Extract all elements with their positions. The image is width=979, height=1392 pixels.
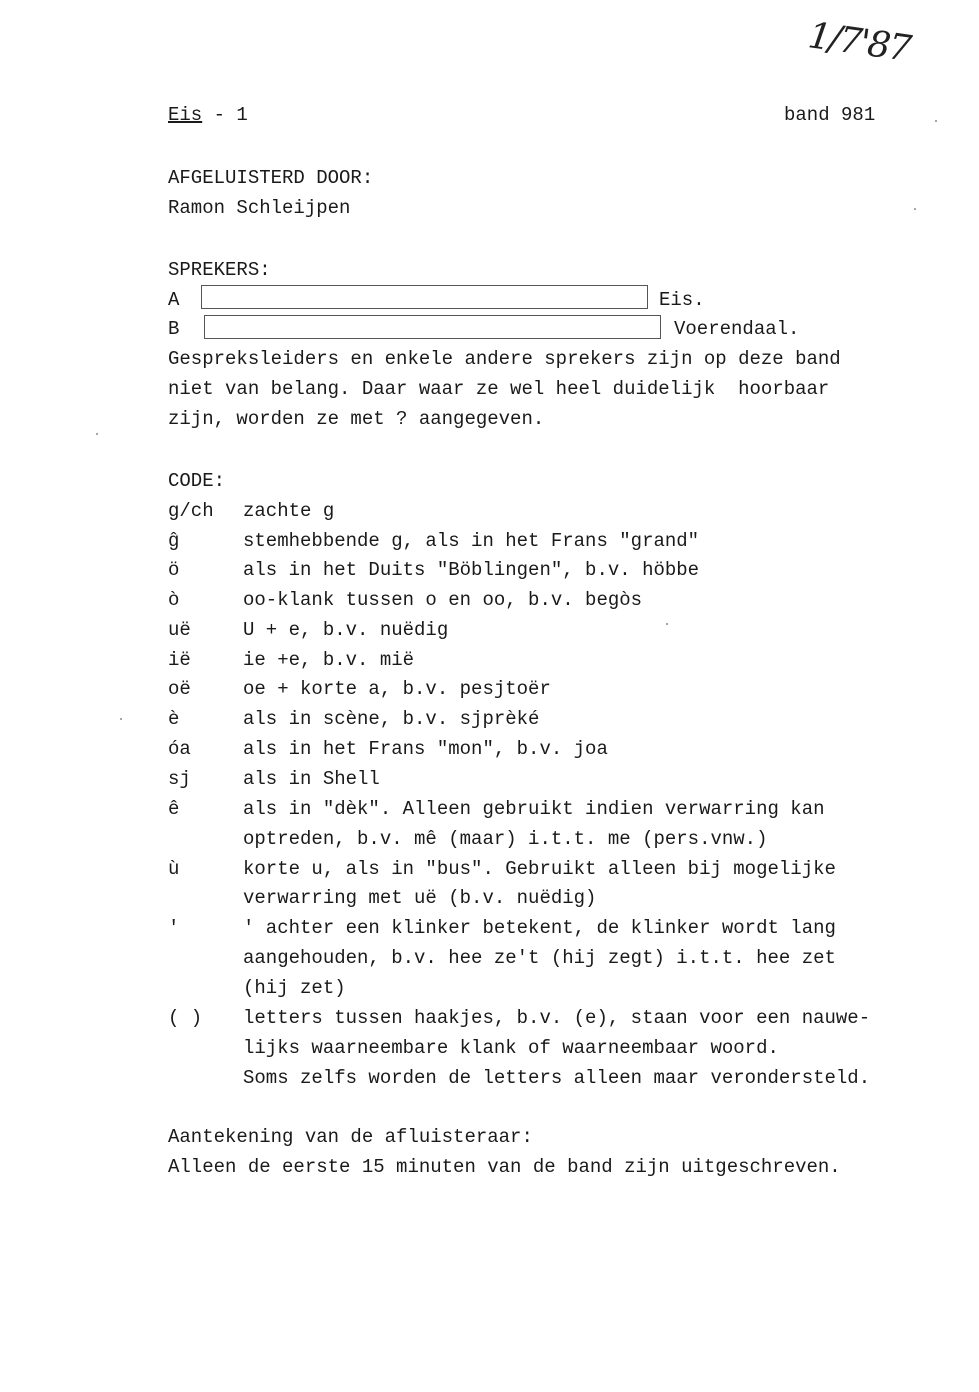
speakers-note-line: niet van belang. Daar waar ze wel heel d…	[168, 378, 829, 400]
speaker-b-place: Voerendaal.	[674, 318, 799, 340]
code-description: oo-klank tussen o en oo, b.v. begòs	[243, 589, 642, 611]
code-description: als in het Duits "Böblingen", b.v. höbbe	[243, 559, 699, 581]
code-description: aangehouden, b.v. hee ze't (hij zegt) i.…	[243, 947, 836, 969]
code-key: '	[168, 917, 179, 939]
annotation-text: Alleen de eerste 15 minuten van de band …	[168, 1156, 841, 1178]
code-description: zachte g	[243, 500, 334, 522]
code-description: ' achter een klinker betekent, de klinke…	[243, 917, 836, 939]
code-description: letters tussen haakjes, b.v. (e), staan …	[243, 1007, 870, 1029]
speakers-note-line: zijn, worden ze met ? aangegeven.	[168, 408, 544, 430]
code-label: CODE:	[168, 470, 225, 492]
code-description: Soms zelfs worden de letters alleen maar…	[243, 1067, 870, 1089]
code-description: als in scène, b.v. sjprèké	[243, 708, 539, 730]
speakers-label: SPREKERS:	[168, 259, 271, 281]
band-number: band 981	[784, 104, 875, 126]
code-description: optreden, b.v. mê (maar) i.t.t. me (pers…	[243, 828, 768, 850]
code-key: g/ch	[168, 500, 214, 522]
speaker-b-key: B	[168, 318, 179, 340]
code-description: als in Shell	[243, 768, 380, 790]
code-description: (hij zet)	[243, 977, 346, 999]
listener-label: AFGELUISTERD DOOR:	[168, 167, 373, 189]
code-description: U + e, b.v. nuëdig	[243, 619, 448, 641]
speaker-b-redaction-box	[204, 315, 661, 339]
code-key: uë	[168, 619, 191, 641]
code-description: lijks waarneembare klank of waarneembaar…	[243, 1037, 779, 1059]
document-id-suffix: - 1	[202, 104, 248, 126]
speaker-a-place: Eis.	[659, 289, 705, 311]
handwritten-date-note: 1/7'87	[806, 15, 912, 70]
speaker-a-redaction-box	[201, 285, 648, 309]
code-key: ê	[168, 798, 179, 820]
code-key: ië	[168, 649, 191, 671]
speakers-note-line: Gespreksleiders en enkele andere spreker…	[168, 348, 841, 370]
scan-speck	[96, 433, 98, 435]
listener-name: Ramon Schleijpen	[168, 197, 350, 219]
annotation-label: Aantekening van de afluisteraar:	[168, 1126, 533, 1148]
document-id-prefix: Eis	[168, 104, 202, 126]
document-id: Eis - 1	[168, 104, 248, 126]
code-description: oe + korte a, b.v. pesjtoër	[243, 678, 551, 700]
code-description: korte u, als in "bus". Gebruikt alleen b…	[243, 858, 836, 880]
code-key: ò	[168, 589, 179, 611]
code-description: verwarring met uë (b.v. nuëdig)	[243, 887, 596, 909]
code-key: ĝ	[168, 530, 179, 552]
scan-speck	[935, 120, 937, 122]
code-key: óa	[168, 738, 191, 760]
code-key: ( )	[168, 1007, 202, 1029]
code-key: sj	[168, 768, 191, 790]
code-description: stemhebbende g, als in het Frans "grand"	[243, 530, 699, 552]
code-description: als in "dèk". Alleen gebruikt indien ver…	[243, 798, 825, 820]
scan-speck	[666, 623, 668, 625]
code-key: ö	[168, 559, 179, 581]
code-key: ù	[168, 858, 179, 880]
scan-speck	[914, 208, 916, 210]
code-description: ie +e, b.v. mië	[243, 649, 414, 671]
code-key: oë	[168, 678, 191, 700]
speaker-a-key: A	[168, 289, 179, 311]
code-key: è	[168, 708, 179, 730]
code-description: als in het Frans "mon", b.v. joa	[243, 738, 608, 760]
scan-speck	[120, 718, 122, 720]
